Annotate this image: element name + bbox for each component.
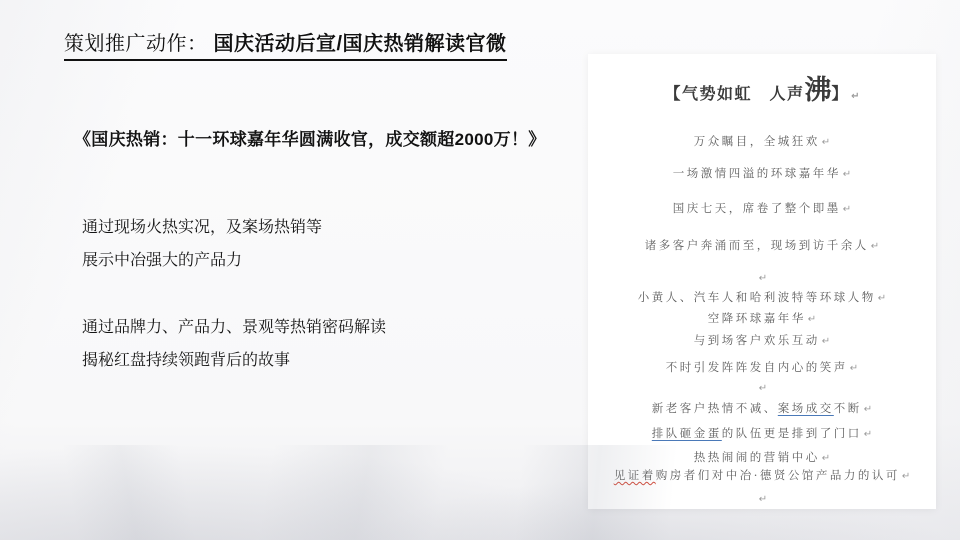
paragraph-return-mark: ↵ [850,363,858,374]
document-paragraph: 新老客户热情不减、案场成交不断↵ [588,401,936,417]
paragraph-text: 诸多客户奔涌而至，现场到访千余人 [645,238,869,252]
document-paragraph: ↵ [588,491,936,507]
paragraph-text: 小黄人、汽车人和哈利波特等环球人物 [638,290,876,304]
point-group-1: 通过现场火热实况，及案场热销等 展示中冶强大的产品力 [82,211,322,277]
paragraph-return-mark: ↵ [822,453,830,464]
wechat-article-preview: 【气势如虹 人声沸】↵ 万众瞩目，全城狂欢↵一场激情四溢的环球嘉年华↵国庆七天，… [588,54,936,509]
document-title-post: 】 [832,84,850,103]
point-line: 通过品牌力、产品力、景观等热销密码解读 [82,311,386,344]
paragraph-return-mark: ↵ [902,471,910,482]
paragraph-text: 不时引发阵阵发自内心的笑声 [666,360,848,374]
paragraph-return-mark: ↵ [851,91,859,102]
article-title-post: 万！》 [494,130,546,149]
paragraph-return-mark: ↵ [808,314,816,325]
point-group-2: 通过品牌力、产品力、景观等热销密码解读 揭秘红盘持续领跑背后的故事 [82,311,386,377]
document-paragraph: 小黄人、汽车人和哈利波特等环球人物↵ [588,290,936,306]
document-paragraph: 一场激情四溢的环球嘉年华↵ [588,166,936,182]
document-title: 【气势如虹 人声沸】↵ [588,76,936,112]
article-title-pre: 《国庆热销：十一环球嘉年华圆满收官，成交额超 [74,130,455,149]
paragraph-return-mark: ↵ [878,293,886,304]
presentation-slide: 策划推广动作：国庆活动后宣/国庆热销解读官微 《国庆热销：十一环球嘉年华圆满收官… [0,0,960,540]
slide-heading-prefix: 策划推广动作： [64,33,208,55]
document-paragraph: 不时引发阵阵发自内心的笑声↵ [588,360,936,376]
point-line: 通过现场火热实况，及案场热销等 [82,211,322,244]
document-title-big-char: 沸 [805,75,832,106]
paragraph-return-mark: ↵ [759,383,767,394]
document-paragraph: ↵ [588,270,936,286]
document-paragraph: 排队砸金蛋的队伍更是排到了门口↵ [588,426,936,442]
paragraph-return-mark: ↵ [843,204,851,215]
paragraph-text: 的队伍更是排到了门口 [722,426,862,440]
highlighted-text: 案场成交 [778,401,834,415]
document-paragraph: ↵ [588,380,936,396]
paragraph-return-mark: ↵ [843,169,851,180]
highlighted-text: 排队砸金蛋 [652,426,722,440]
paragraph-return-mark: ↵ [822,137,830,148]
document-paragraph: 空降环球嘉年华↵ [588,311,936,327]
document-paragraph: 热热闹闹的营销中心↵ [588,450,936,466]
point-line: 展示中冶强大的产品力 [82,244,322,277]
paragraph-text: 新老客户热情不减、 [652,401,778,415]
document-paragraph: 诸多客户奔涌而至，现场到访千余人↵ [588,238,936,254]
document-paragraph: 见证着购房者们对中冶·德贤公馆产品力的认可↵ [588,468,936,484]
paragraph-return-mark: ↵ [871,241,879,252]
point-line: 揭秘红盘持续领跑背后的故事 [82,344,386,377]
article-title: 《国庆热销：十一环球嘉年华圆满收官，成交额超2000万！》 [74,125,546,150]
paragraph-return-mark: ↵ [864,404,872,415]
paragraph-return-mark: ↵ [759,273,767,284]
slide-heading: 策划推广动作：国庆活动后宣/国庆热销解读官微 [64,27,507,61]
paragraph-text: 一场激情四溢的环球嘉年华 [673,166,841,180]
paragraph-return-mark: ↵ [864,429,872,440]
paragraph-text: 国庆七天，席卷了整个即墨 [673,201,841,215]
document-paragraph: 国庆七天，席卷了整个即墨↵ [588,201,936,217]
paragraph-text: 万众瞩目，全城狂欢 [694,134,820,148]
paragraph-text: 热热闹闹的营销中心 [694,450,820,464]
document-paragraph: 万众瞩目，全城狂欢↵ [588,134,936,150]
document-title-pre: 【气势如虹 人声 [665,84,805,103]
article-title-amount: 2000 [455,130,494,149]
paragraph-text: 购房者们对中冶·德贤公馆产品力的认可 [656,468,900,482]
paragraph-return-mark: ↵ [822,336,830,347]
paragraph-text: 不断 [834,401,862,415]
paragraph-return-mark: ↵ [759,494,767,505]
highlighted-text: 见证着 [614,468,656,482]
paragraph-text: 与到场客户欢乐互动 [694,333,820,347]
document-paragraph: 与到场客户欢乐互动↵ [588,333,936,349]
paragraph-text: 空降环球嘉年华 [708,311,806,325]
slide-heading-emphasis: 国庆活动后宣/国庆热销解读官微 [214,33,507,55]
